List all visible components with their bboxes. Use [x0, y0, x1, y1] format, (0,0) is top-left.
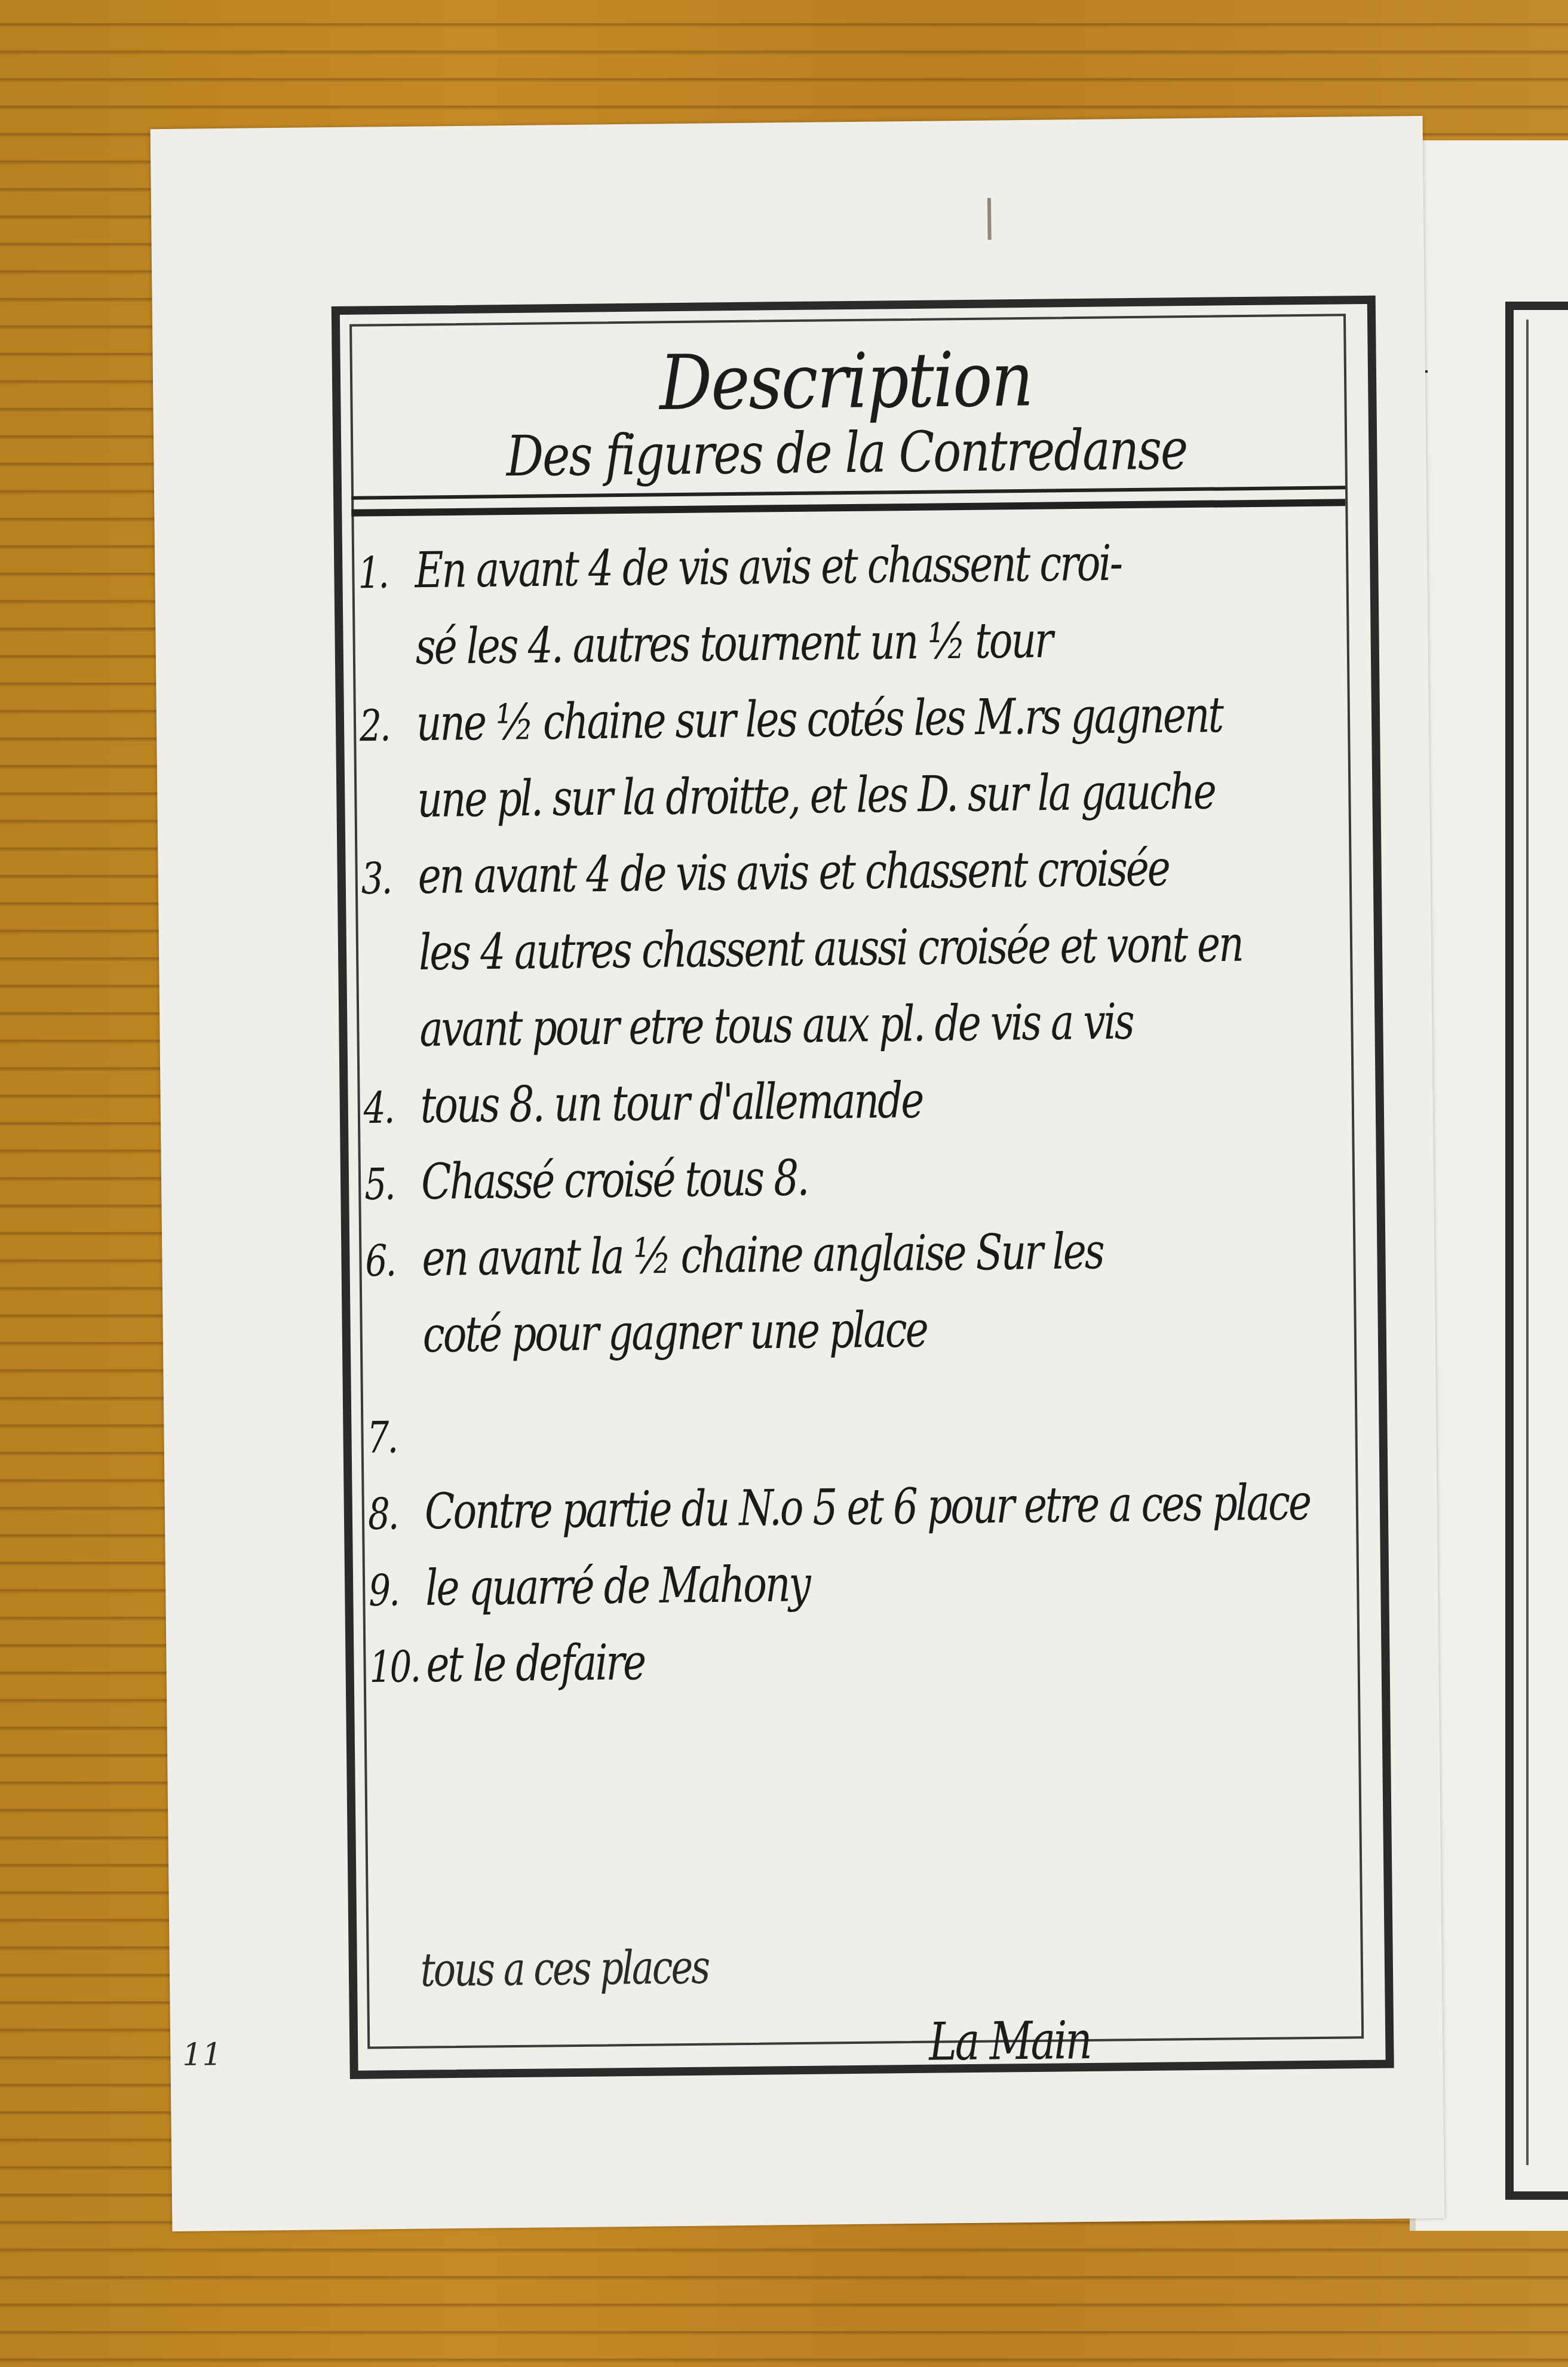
entry-text: Chassé croisé tous 8.: [421, 1149, 808, 1211]
page-mark: [987, 198, 992, 240]
title-cartouche: Description Des figures de la Contredans…: [349, 314, 1343, 509]
figure-entry-2: 2.une ½ chaine sur les cotés les M.rs ga…: [359, 676, 1340, 839]
facing-page-inner-rule: [1526, 320, 1568, 2165]
figure-entry-3: 3.en avant 4 de vis avis et chassent cro…: [361, 828, 1343, 1068]
entry-number-11: 11: [182, 2037, 222, 2073]
figure-entry-6: 6.en avant la ½ chaine anglaise Sur les …: [365, 1211, 1346, 1374]
page-subtitle: Des figures de la Contredanse: [351, 416, 1343, 490]
entry-10-continuation: tous a ces places: [420, 1940, 708, 1997]
page-title: Description: [349, 332, 1342, 431]
entry-text: En avant 4 de vis avis et chassent croi-: [415, 535, 1122, 600]
figures-list: 1.En avant 4 de vis avis et chassent cro…: [358, 523, 1349, 1703]
author-signature: La Main: [929, 2010, 1091, 2073]
entry-number: 10.: [369, 1619, 427, 1715]
entry-text: et le defaire: [426, 1634, 645, 1693]
entry-text: le quarré de Mahony: [425, 1555, 810, 1617]
book-page: Description Des figures de la Contredans…: [151, 116, 1445, 2231]
entry-text: en avant la ½ chaine anglaise Sur les: [422, 1223, 1103, 1287]
entry-text: tous 8. un tour d'allemande: [420, 1072, 923, 1134]
entry-text: une ½ chaine sur les cotés les M.rs gagn…: [416, 686, 1223, 752]
entry-text: Contre partie du N.o 5 et 6 pour etre a …: [424, 1473, 1310, 1540]
entry-text: coté pour gagner une place: [366, 1278, 1346, 1383]
entry-text: en avant 4 de vis avis et chassent crois…: [418, 840, 1169, 905]
figure-entry-1: 1.En avant 4 de vis avis et chassent cro…: [358, 523, 1339, 686]
figure-entry-10: 10.et le defaire: [369, 1617, 1349, 1703]
